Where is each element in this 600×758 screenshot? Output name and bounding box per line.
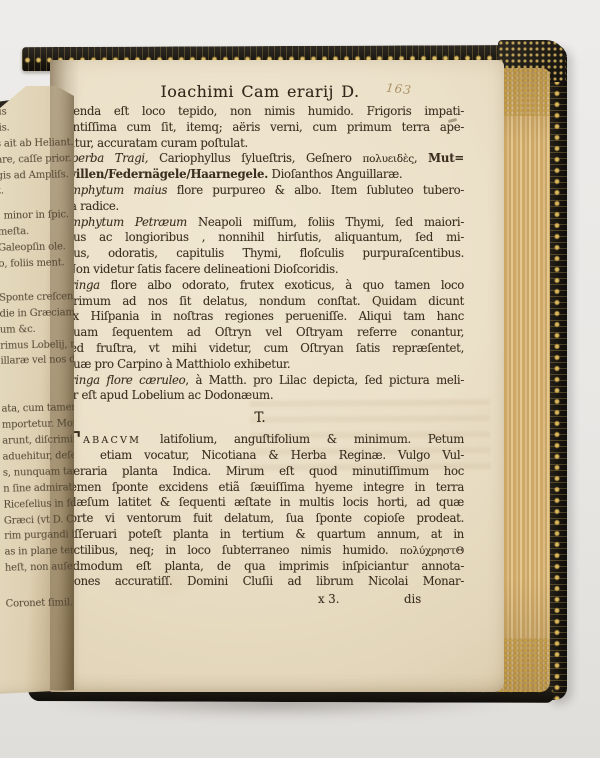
book-photograph: Ioachimi Cam erarij D. benda eſt loco te… (0, 0, 600, 758)
verso-line-fragment: mportetur. Mon (2, 416, 72, 433)
text-segment-r: neraria planta Indica. Mirum eſt quod mi… (66, 464, 464, 478)
text-line: TABACVM latifolium, anguſtifolium & mini… (56, 432, 464, 448)
text-segment-r: bus ac longioribus , nonnihil hirſutis, … (66, 230, 464, 244)
text-segment-r: , (414, 151, 428, 165)
text-segment-g: πολύχρηστΘ (400, 545, 464, 557)
verso-page-curled: uslis.s ait ab Heliant.are, caſſe prior.… (0, 58, 74, 694)
text-segment-r: quæ pro Carpino à Matthiolo exhibetur. (66, 357, 290, 371)
verso-line-fragment: us (0, 103, 65, 120)
text-line: ſa radice. (56, 199, 464, 215)
text-line: Syringa flore albo odorato, frutex exoti… (56, 278, 464, 294)
text-block: Ioachimi Cam erarij D. benda eſt loco te… (56, 82, 464, 642)
verso-line-fragment: um &c. (0, 321, 70, 338)
text-line: ex Hiſpania in noſtras regiones perueniſ… (56, 309, 464, 325)
verso-line-fragment: n ſine admiration (3, 480, 73, 497)
verso-line-fragment: as in plane term (4, 544, 74, 561)
text-line: ſed fruſtra, vt mihi videtur, cum Oſtrya… (56, 341, 464, 357)
text-line: benda eſt loco tepido, non nimis humido.… (56, 104, 464, 120)
text-segment-r: flore purpureo & albo. Item ſubluteo tub… (177, 183, 464, 197)
text-segment-r: nus, odoratis, capitulis Thymi, floſculi… (66, 246, 464, 260)
verso-line-fragment: ata, cum tamen b (1, 401, 71, 418)
verso-line-fragment: rimus Lobelij, m (0, 337, 70, 354)
text-line: or eſt apud Lobelium ac Dodonæum. (56, 388, 464, 404)
text-segment-r: Dioſanthos Anguillaræ. (268, 167, 402, 181)
text-segment-b: Mut= (428, 151, 464, 165)
verso-line-fragment: heſt, non auſe (5, 559, 75, 576)
verso-line-fragment: illaræ vel nos d (0, 353, 70, 370)
text-line: admodum eſt planta, de qua imprimis inſp… (56, 559, 464, 575)
text-segment-r: ex Hiſpania in noſtras regiones perueniſ… (66, 309, 464, 323)
text-line: willen/Federnägele/Haarnegele. Dioſantho… (56, 167, 464, 183)
handwritten-folio-number: 163 (385, 81, 412, 98)
text-line: primum ad nos ſit delatus, nondum conſta… (56, 294, 464, 310)
text-segment-r: ſemen ſponte excidens etiã ſæuiſſima hye… (66, 480, 464, 494)
verso-line-fragment: aduehitur, deſe (2, 448, 72, 465)
text-line: illæſum latitet & ſequenti æſtate in mul… (56, 495, 464, 511)
text-segment-r: Aſſeruari poteſt planta in tertium & qua… (66, 527, 464, 541)
text-segment-r: Non videtur ſatis facere delineationi Di… (66, 262, 338, 276)
verso-text-fragments: uslis.s ait ab Heliant.are, caſſe prior.… (0, 57, 80, 613)
text-segment-r: Cariophyllus ſylueſtris, Geſnero (159, 151, 362, 165)
text-segment-r: ritur, accuratam curam poſtulat. (66, 136, 248, 150)
text-line: etiam vocatur, Nicotiana & Herba Reginæ.… (56, 448, 464, 464)
text-segment-r: or eſt apud Lobelium ac Dodonæum. (66, 388, 273, 402)
verso-line-fragment: s ait ab Heliant. (0, 135, 66, 152)
verso-line-fragment: arunt, diſcrimin (2, 432, 72, 449)
verso-line-fragment: rim purgandi il (4, 528, 74, 545)
verso-line-fragment: o, foliis ment. (0, 255, 69, 272)
text-line: quam ſequentem ad Oſtryn vel Oſtryam ref… (56, 325, 464, 341)
signature-mark: x 3. (318, 592, 339, 606)
text-line: neraria planta Indica. Mirum eſt quod mi… (56, 464, 464, 480)
text-segment-r: etiam vocatur, Nicotiana & Herba Reginæ.… (100, 448, 464, 462)
text-segment-r: entiſſima cum ſit, itemq; aëris verni, c… (66, 120, 464, 134)
text-line: bus ac longioribus , nonnihil hirſutis, … (56, 230, 464, 246)
page-footer: x 3. dis (56, 592, 464, 608)
verso-line-fragment: lis. (0, 119, 66, 136)
verso-line-fragment: Græci (vt D. Coſt (4, 512, 74, 529)
text-line: fictilibus, neq; in loco ſubterraneo nim… (56, 543, 464, 559)
text-segment-r: , à Matth. pro Lilac depicta, ſed pictur… (185, 373, 464, 387)
fore-edge-gilt-bottom (498, 638, 550, 692)
text-line: Non videtur ſatis facere delineationi Di… (56, 262, 464, 278)
text-segment-r: latifolium, anguſtifolium & minimum. Pet… (160, 432, 464, 446)
text-segment-g: πολυειδὲς (362, 153, 413, 165)
textblock-fore-edge (498, 68, 550, 692)
verso-line-fragment: s, nunquam tam (3, 464, 73, 481)
text-line: Symphytum maius flore purpureo & albo. I… (56, 183, 464, 199)
fore-edge-gilt-top (498, 68, 550, 116)
text-line: Syringa flore cæruleo, à Matth. pro Lila… (56, 373, 464, 389)
verso-line-fragment: gis ad Ampliſs. (0, 167, 67, 184)
text-segment-b: willen/Federnägele/Haarnegele. (66, 167, 268, 181)
recto-page: Ioachimi Cam erarij D. benda eſt loco te… (50, 60, 504, 692)
text-segment-sc: ABACVM (83, 435, 160, 446)
text-segment-r: Neapoli miſſum, foliis Thymi, ſed maiori… (198, 215, 464, 229)
text-segment-r: benda eſt loco tepido, non nimis humido.… (66, 104, 464, 118)
catchword: dis (404, 592, 421, 606)
verso-line-fragment: Riceſelius in fo (3, 496, 73, 513)
text-segment-i: Syringa flore cæruleo (56, 373, 185, 387)
text-line: ritur, accuratam curam poſtulat. (56, 136, 464, 152)
text-line: forte vi ventorum fuit delatum, ſua ſpon… (56, 511, 464, 527)
text-segment-i: Symphytum maius (56, 183, 177, 197)
text-segment-r: illæſum latitet & ſequenti æſtate in mul… (66, 495, 464, 509)
text-segment-r: ſed fruſtra, vt mihi videtur, cum Oſtrya… (66, 341, 464, 355)
text-segment-r: forte vi ventorum fuit delatum, ſua ſpon… (66, 511, 464, 525)
verso-line-fragment: meſta. (0, 224, 68, 241)
text-line: tiones accuratiſſ. Domini Cluſii ad libr… (56, 574, 464, 590)
verso-line-fragment: Sponte creſcen. (0, 289, 69, 306)
text-line: Aſſeruari poteſt planta in tertium & qua… (56, 527, 464, 543)
verso-line-fragment: die in Græciam (0, 305, 70, 322)
text-segment-r: admodum eſt planta, de qua imprimis inſp… (66, 559, 464, 573)
text-line: entiſſima cum ſit, itemq; aëris verni, c… (56, 120, 464, 136)
text-segment-r: tiones accuratiſſ. Domini Cluſii ad libr… (66, 574, 464, 588)
text-line: Symphytum Petræum Neapoli miſſum, foliis… (56, 215, 464, 231)
lines-container: benda eſt loco tepido, non nimis humido.… (56, 104, 464, 590)
text-segment-r: primum ad nos ſit delatus, nondum conſta… (66, 294, 464, 308)
verso-line-fragment: are, caſſe prior. (0, 151, 66, 168)
text-segment-r: quam ſequentem ad Oſtryn vel Oſtryam ref… (66, 325, 464, 339)
text-segment-i: Symphytum Petræum (56, 215, 198, 229)
verso-line-fragment: Coronet ſimil. (5, 595, 75, 612)
text-line: Superba Tragi, Cariophyllus ſylueſtris, … (56, 151, 464, 167)
verso-line-fragment: ; minor in ſpic. (0, 208, 68, 225)
text-line: quæ pro Carpino à Matthiolo exhibetur. (56, 357, 464, 373)
text-line: nus, odoratis, capitulis Thymi, floſculi… (56, 246, 464, 262)
section-heading: T. (56, 404, 464, 432)
text-line: ſemen ſponte excidens etiã ſæuiſſima hye… (56, 480, 464, 496)
verso-line-fragment: Galeopſin ole. (0, 239, 68, 256)
text-segment-r: flore albo odorato, frutex exoticus, à q… (111, 278, 464, 292)
text-segment-r: fictilibus, neq; in loco ſubterraneo nim… (66, 543, 400, 557)
verso-line-fragment: t. (0, 183, 67, 200)
